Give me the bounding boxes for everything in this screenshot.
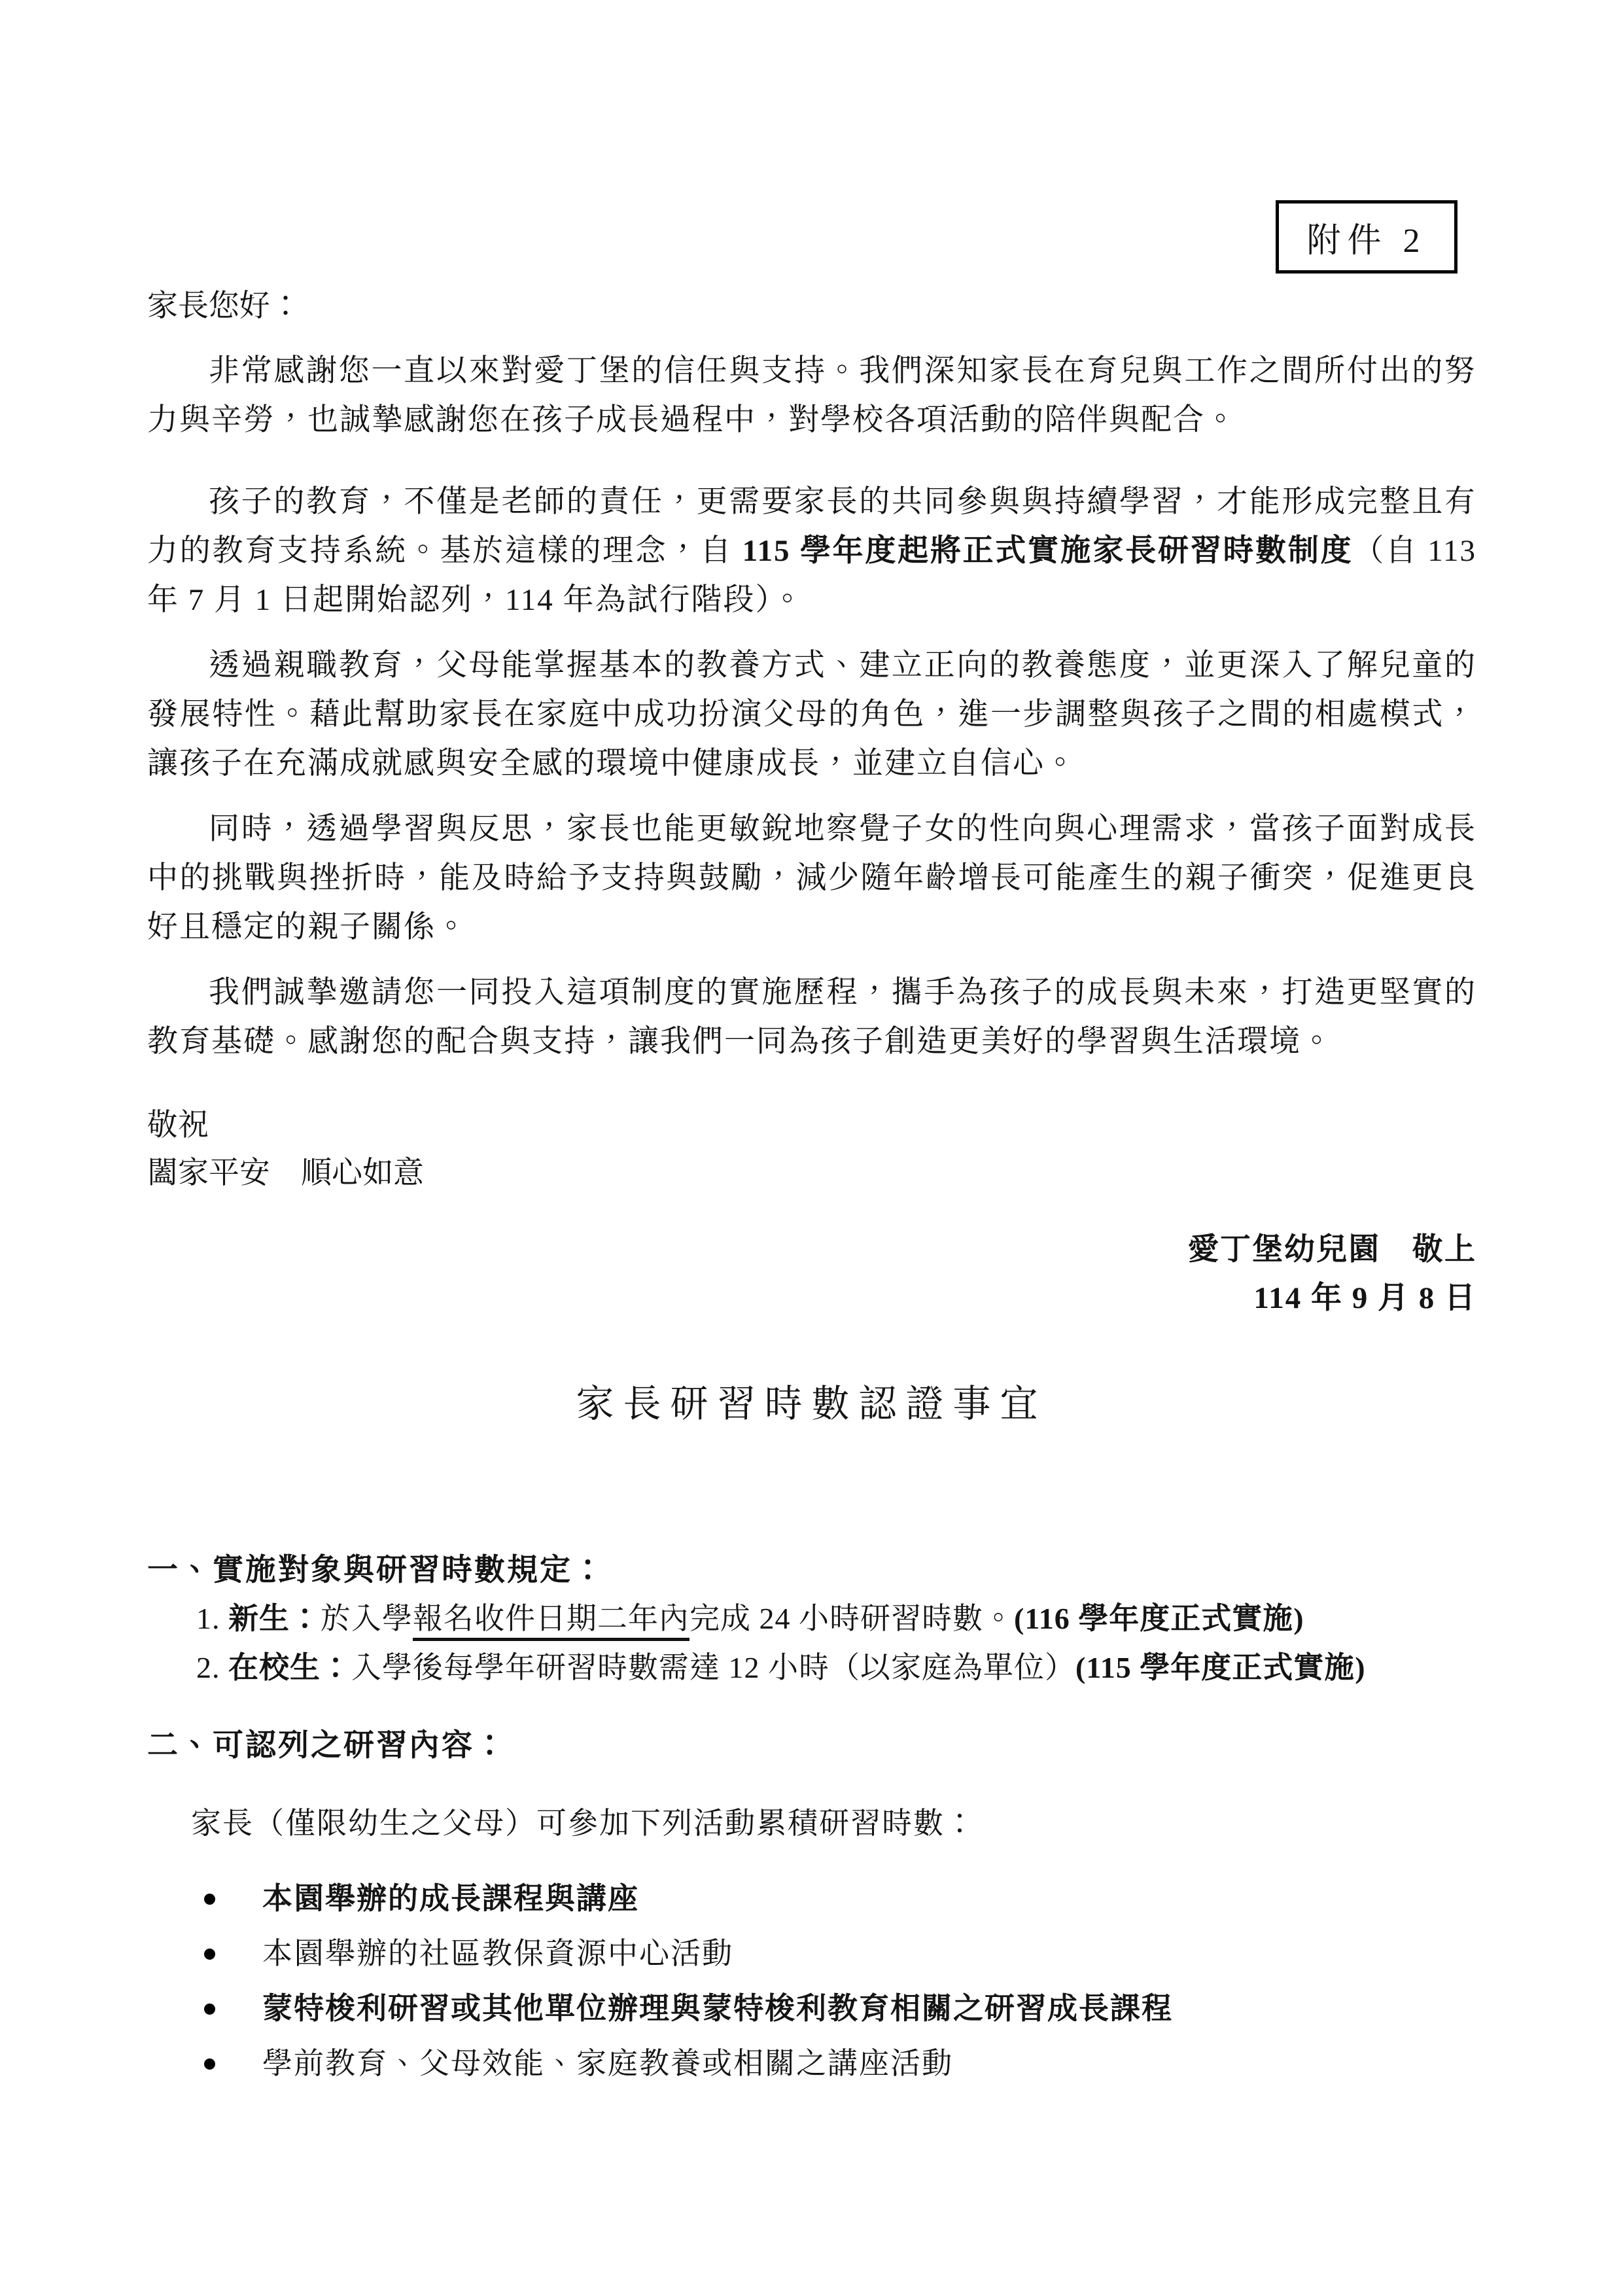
paragraph-invitation: 我們誠摯邀請您一同投入這項制度的實施歷程，攜手為孩子的成長與未來，打造更堅實的教… [147, 968, 1476, 1067]
document-title: 家長研習時數認證事宜 [0, 1373, 1623, 1428]
list-item: 本園舉辦的社區教保資源中心活動 [196, 1934, 1570, 1981]
paragraph-policy: 孩子的教育，不僅是老師的責任，更需要家長的共同參與與持續學習，才能形成完整且有力… [147, 478, 1476, 625]
bullet-text: 本園舉辦的成長課程與講座 [262, 1879, 639, 1918]
item1-underlined-text: 報名收件日期二年內 [413, 1602, 689, 1635]
bullet-text: 本園舉辦的社區教保資源中心活動 [262, 1934, 733, 1973]
item2-text: 入學後每學年研習時數需達 12 小時（以家庭為單位） [351, 1651, 1075, 1684]
item1-text-mid: 完成 24 小時研習時數。 [689, 1602, 1014, 1635]
section2-heading: 二、可認列之研習內容： [147, 1721, 507, 1765]
document-page: 附件 2 家長您好： 非常感謝您一直以來對愛丁堡的信任與支持。我們深知家長在育兒… [0, 0, 1623, 2296]
list-item: 蒙特梭利研習或其他單位辦理與蒙特梭利教育相關之研習成長課程 [196, 1989, 1570, 2036]
bullet-icon [204, 2058, 215, 2070]
paragraph-thanks: 非常感謝您一直以來對愛丁堡的信任與支持。我們深知家長在育兒與工作之間所付出的努力… [147, 347, 1476, 445]
paragraph-reflection: 同時，透過學習與反思，家長也能更敏銳地察覺子女的性向與心理需求，當孩子面對成長中… [147, 805, 1476, 952]
bullet-icon [204, 2004, 215, 2015]
paragraph-parent-education: 透過親職教育，父母能掌握基本的教養方式、建立正向的教養態度，並更深入了解兒童的發… [147, 641, 1476, 788]
attachment-label: 附件 2 [1306, 213, 1426, 262]
signature-date: 114 年 9 月 8 日 [147, 1273, 1476, 1317]
list-item: 學前教育、父母效能、家庭教養或相關之講座活動 [196, 2044, 1570, 2091]
activity-bullet-list: 本園舉辦的成長課程與講座 本園舉辦的社區教保資源中心活動 蒙特梭利研習或其他單位… [196, 1879, 1570, 2099]
bullet-icon [204, 1949, 215, 1960]
item1-label: 新生： [228, 1602, 321, 1635]
section1-item-current-students: 2. 在校生：入學後每學年研習時數需達 12 小時（以家庭為單位）(115 學年… [196, 1644, 1596, 1687]
item1-text-pre: 於入學 [321, 1602, 413, 1635]
greeting: 家長您好： [147, 281, 301, 325]
item1-note: (116 學年度正式實施) [1014, 1602, 1304, 1635]
bullet-icon [204, 1894, 215, 1905]
item2-note: (115 學年度正式實施) [1075, 1651, 1366, 1684]
paragraph-policy-bold: 115 學年度起將正式實施家長研習時數制度 [742, 534, 1353, 568]
closing-salute: 敬祝 [147, 1101, 209, 1144]
section1-item-new-students: 1. 新生：於入學報名收件日期二年內完成 24 小時研習時數。(116 學年度正… [196, 1595, 1596, 1638]
signature: 愛丁堡幼兒園 敬上 [147, 1225, 1476, 1269]
list-item: 本園舉辦的成長課程與講座 [196, 1879, 1570, 1926]
section1-heading: 一、實施對象與研習時數規定： [147, 1545, 605, 1589]
item2-label: 在校生： [228, 1651, 351, 1684]
attachment-label-box: 附件 2 [1276, 200, 1457, 274]
section2-intro: 家長（僅限幼生之父母）可參加下列活動累積研習時數： [191, 1799, 976, 1843]
bullet-text: 蒙特梭利研習或其他單位辦理與蒙特梭利教育相關之研習成長課程 [262, 1989, 1173, 2028]
item2-number: 2. [196, 1651, 220, 1684]
closing-blessing: 闔家平安 順心如意 [147, 1148, 424, 1192]
item1-number: 1. [196, 1602, 220, 1635]
bullet-text: 學前教育、父母效能、家庭教養或相關之講座活動 [262, 2044, 953, 2083]
